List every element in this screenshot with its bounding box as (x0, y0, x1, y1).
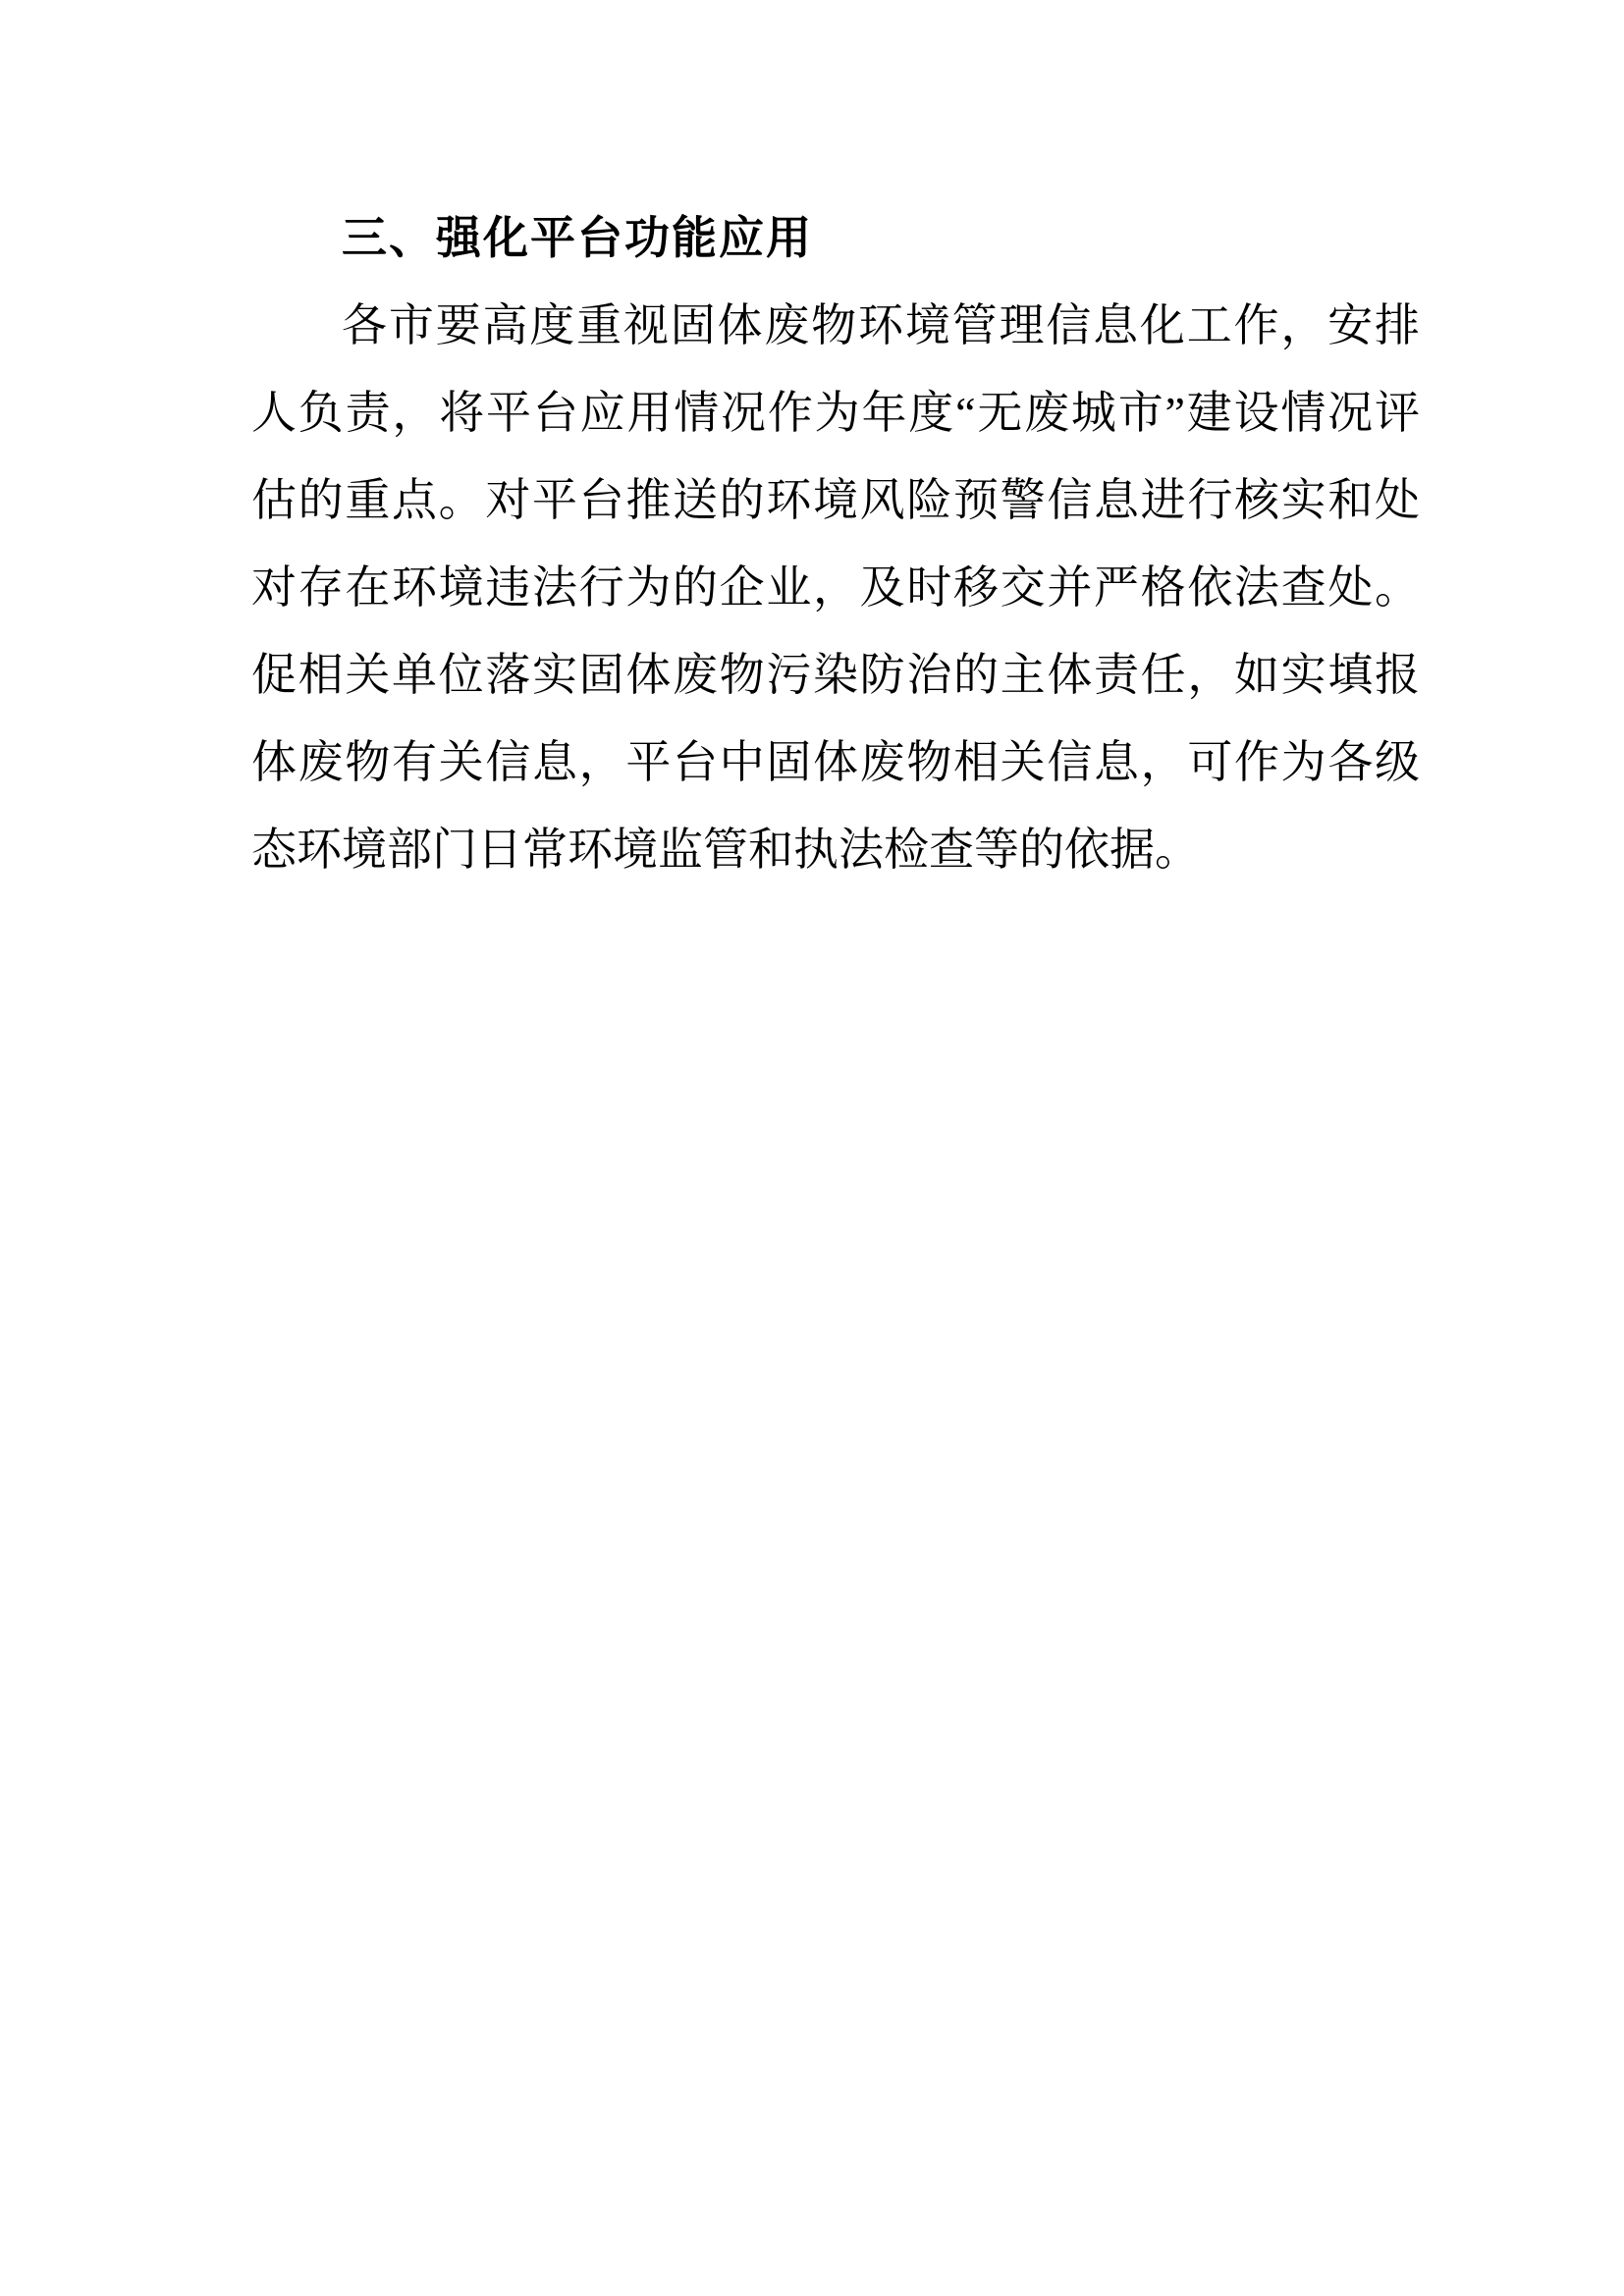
paragraph-line: 体废物有关信息，平台中固体废物相关信息，可作为各级生 (251, 719, 1420, 806)
paragraph-line: 促相关单位落实固体废物污染防治的主体责任，如实填报固 (251, 631, 1420, 719)
document-page: 三、强化平台功能应用 各市要高度重视固体废物环境管理信息化工作，安排专 人负责，… (0, 0, 1624, 2296)
paragraph-line: 态环境部门日常环境监管和执法检查等的依据。 (251, 806, 1420, 893)
section-heading: 三、强化平台功能应用 (251, 194, 1420, 282)
body-paragraph: 各市要高度重视固体废物环境管理信息化工作，安排专 人负责，将平台应用情况作为年度… (251, 282, 1420, 893)
paragraph-line: 对存在环境违法行为的企业，及时移交并严格依法查处。督 (251, 544, 1420, 631)
paragraph-line: 各市要高度重视固体废物环境管理信息化工作，安排专 (251, 282, 1420, 369)
text-block: 三、强化平台功能应用 各市要高度重视固体废物环境管理信息化工作，安排专 人负责，… (251, 194, 1420, 893)
paragraph-line: 估的重点。对平台推送的环境风险预警信息进行核实和处理， (251, 456, 1420, 544)
paragraph-line: 人负责，将平台应用情况作为年度“无废城市”建设情况评 (251, 369, 1420, 456)
